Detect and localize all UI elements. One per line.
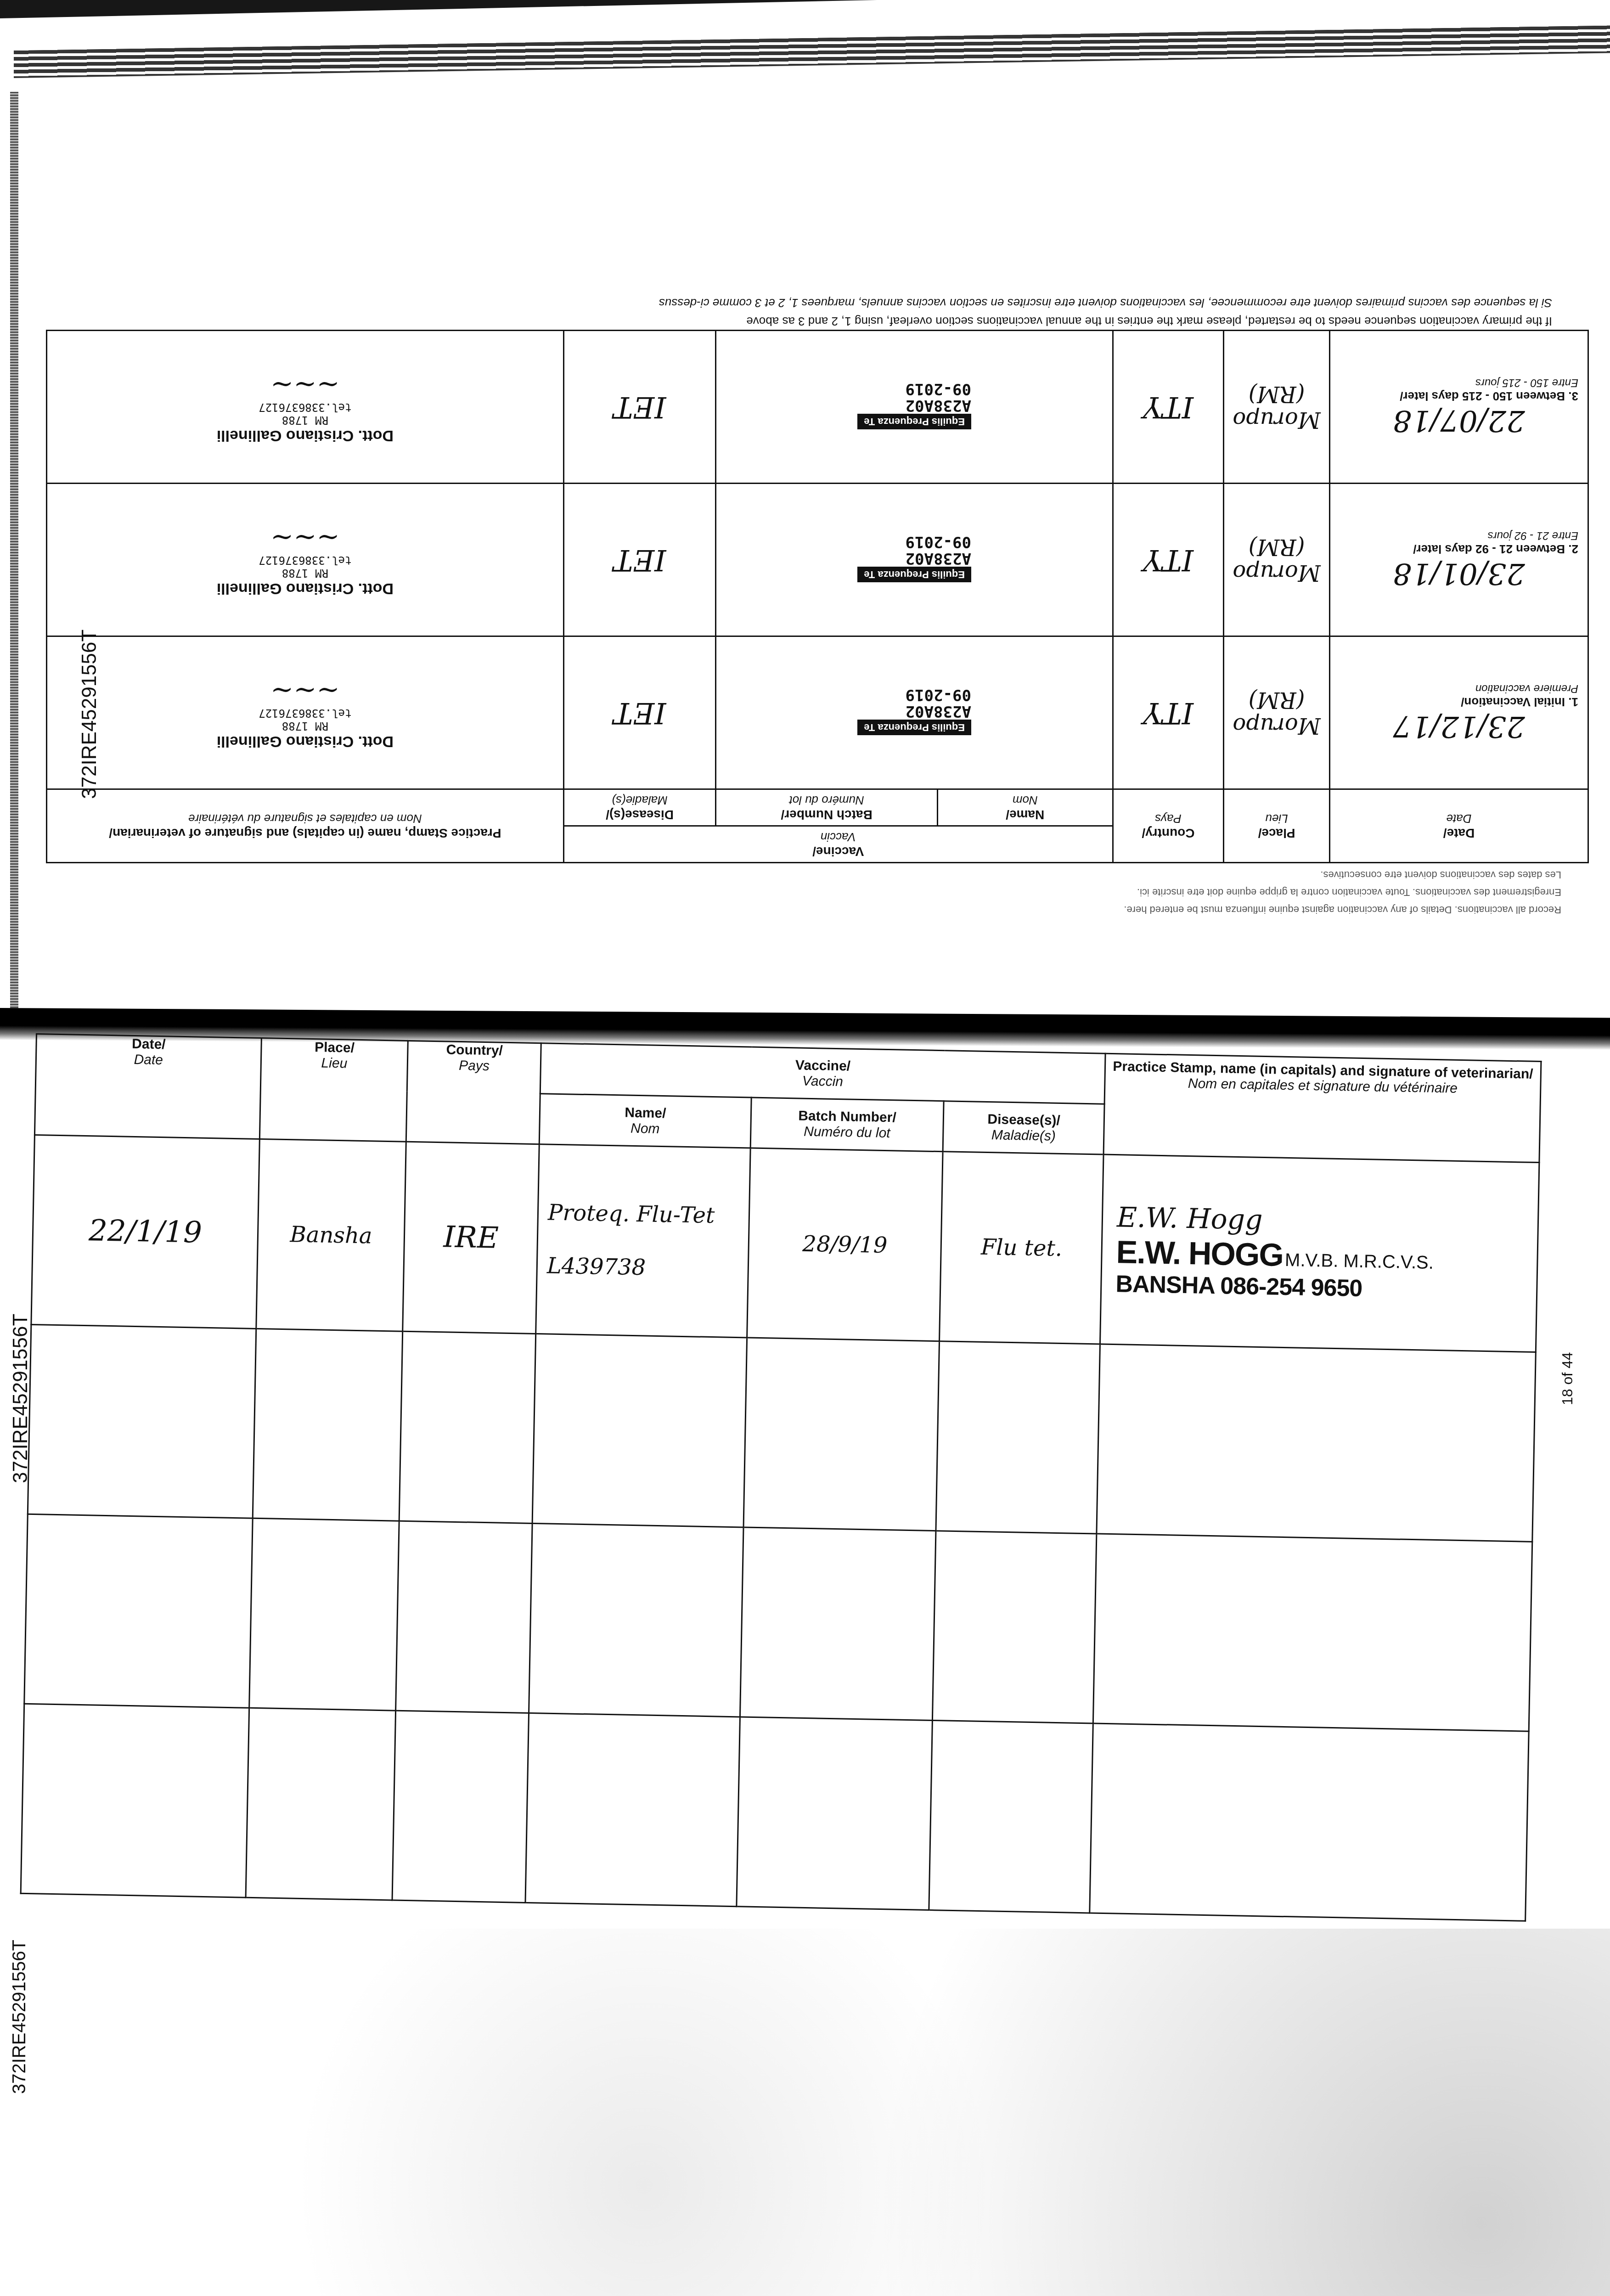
primary-vaccination-table: Date/Date Place/Lieu Country/Pays Vaccin… (46, 330, 1589, 863)
table-row-second-vaccination: 23/01/18 2. Between 21 - 92 days later/ … (47, 484, 1588, 636)
faint-note: Enregistrement des vaccinations. Toute v… (92, 884, 1561, 901)
cell-place[interactable] (253, 1328, 403, 1521)
cell-vaccine-name: Proteq. Flu-Tet L439738 (536, 1144, 750, 1338)
cell-vaccine-sticker: Equilis Prequenza Te A238A02 09-2019 (716, 484, 1113, 636)
vaccine-batch-sticker: Equilis Prequenza Te A238A02 09-2019 (857, 534, 971, 586)
cell-disease[interactable] (933, 1531, 1097, 1723)
header-practice-stamp: Practice Stamp, name (in capitals) and s… (1103, 1053, 1541, 1162)
header-vaccine-name: Name/Nom (937, 789, 1113, 826)
table-row-annual-1: 22/1/19 Bansha IRE Proteq. Flu-Tet L4397… (31, 1135, 1539, 1352)
header-vaccine: Vaccine/Vaccin (563, 826, 1113, 863)
header-diseases: Disease(s)/Maladie(s) (563, 789, 716, 826)
cell-vet-stamp: Dott. Cristiano Gallinelli RM 1788 tel.3… (47, 636, 564, 789)
upper-page-rotated-content: Record all vaccinations. Details of any … (28, 138, 1589, 1001)
cell-batch-number[interactable] (743, 1338, 940, 1531)
cell-date[interactable] (28, 1324, 256, 1518)
vaccine-batch-sticker: Equilis Prequenza Te A238A02 09-2019 (857, 381, 971, 433)
cell-place: Bansha (256, 1139, 406, 1331)
scan-noise (0, 1929, 1610, 2296)
cell-vaccine-sticker: Equilis Prequenza Te A238A02 09-2019 (716, 331, 1113, 484)
upper-page-faint-notes: Record all vaccinations. Details of any … (92, 866, 1561, 918)
header-diseases: Disease(s)/Maladie(s) (943, 1101, 1104, 1154)
header-country: Country/Pays (1113, 789, 1223, 863)
cell-place: Morupo (RM) (1224, 636, 1330, 789)
header-date: Date/Date (1330, 789, 1588, 863)
cell-vaccine-name[interactable] (532, 1334, 747, 1527)
cell-vaccine-name[interactable] (529, 1523, 743, 1716)
vet-signature-scribble: ~~~ (47, 675, 563, 707)
cell-vet-stamp: E.W. Hogg E.W. HOGG M.V.B. M.R.C.V.S. BA… (1100, 1154, 1539, 1352)
cell-disease: IET (563, 331, 716, 484)
passport-id-lower: 372IRE45291556T (9, 1314, 32, 1483)
instruction-line-fr: Si la sequence des vaccins primaires doi… (175, 294, 1552, 312)
cell-date[interactable] (24, 1514, 253, 1708)
cell-country: IRE (403, 1142, 539, 1334)
header-place: Place/Lieu (1224, 789, 1330, 863)
cell-vaccine-name[interactable] (525, 1713, 740, 1906)
header-place: Place/Lieu (259, 1038, 408, 1142)
faint-note: Record all vaccinations. Details of any … (92, 901, 1561, 918)
cell-country: ITY (1113, 331, 1223, 484)
vet-practice-stamp: E.W. Hogg E.W. HOGG M.V.B. M.R.C.V.S. BA… (1102, 1201, 1538, 1306)
cell-vet-stamp[interactable] (1093, 1534, 1532, 1731)
cell-vet-stamp[interactable] (1090, 1723, 1529, 1921)
cell-country: ITY (1113, 484, 1223, 636)
cell-vet-stamp[interactable] (1097, 1344, 1536, 1542)
cell-country: ITY (1113, 636, 1223, 789)
cell-vet-stamp: Dott. Cristiano Gallinelli RM 1788 tel.3… (47, 484, 564, 636)
table-row-initial-vaccination: 23/12/17 1. Initial Vaccination/ Premier… (47, 636, 1588, 789)
annual-vaccination-table: Date/Date Place/Lieu Country/Pays Vaccin… (20, 1033, 1542, 1922)
cell-disease[interactable] (936, 1341, 1100, 1534)
cell-country[interactable] (392, 1711, 529, 1902)
cell-country[interactable] (400, 1331, 536, 1523)
table-row-annual-3 (24, 1514, 1532, 1731)
header-practice-stamp: Practice Stamp, name (in capitals) and s… (47, 789, 564, 863)
restart-instructions: If the primary vaccination sequence need… (175, 294, 1552, 331)
instruction-line-en: If the primary vaccination sequence need… (175, 312, 1552, 331)
scan-shadow-page-edge (14, 25, 1610, 78)
table-row-annual-4 (21, 1704, 1529, 1921)
header-country: Country/Pays (406, 1041, 541, 1144)
cell-place[interactable] (249, 1518, 399, 1711)
vet-signature-scribble: ~~~ (47, 369, 563, 401)
cell-disease: IET (563, 484, 716, 636)
cell-disease: IET (563, 636, 716, 789)
passport-id-upper: 372IRE45291556T (78, 630, 101, 799)
scan-shadow-top (0, 0, 1610, 18)
cell-date: 23/01/18 2. Between 21 - 92 days later/ … (1330, 484, 1588, 636)
cell-vaccine-sticker: Equilis Prequenza Te A238A02 09-2019 (716, 636, 1113, 789)
cell-place: Morupo (RM) (1224, 331, 1330, 484)
faint-note: Les dates des vaccinations doivent etre … (92, 866, 1561, 884)
page-binding-edge (10, 92, 18, 1010)
cell-batch-number[interactable] (737, 1717, 933, 1910)
vet-signature-scribble: ~~~ (47, 522, 563, 554)
cell-country[interactable] (396, 1521, 532, 1713)
vaccine-batch-sticker: Equilis Prequenza Te A238A02 09-2019 (857, 687, 971, 739)
header-batch-number: Batch Number/Numéro du lot (716, 789, 937, 826)
cell-place: Morupo (RM) (1224, 484, 1330, 636)
cell-date: 23/12/17 1. Initial Vaccination/ Premier… (1330, 636, 1588, 789)
cell-disease[interactable] (929, 1721, 1093, 1913)
header-vaccine-name: Name/Nom (539, 1094, 751, 1148)
table-row-annual-2 (28, 1324, 1536, 1542)
cell-batch-number[interactable] (740, 1527, 936, 1721)
cell-batch-number: 28/9/19 (747, 1148, 943, 1341)
cell-vet-stamp: Dott. Cristiano Gallinelli RM 1788 tel.3… (47, 331, 564, 484)
upper-page-primary-vaccinations: Record all vaccinations. Details of any … (28, 138, 1589, 1001)
header-date: Date/Date (34, 1034, 261, 1139)
header-batch-number: Batch Number/Numéro du lot (750, 1097, 944, 1152)
cell-place[interactable] (246, 1708, 396, 1900)
table-row-third-vaccination: 22/07/18 3. Between 150 - 215 days later… (47, 331, 1588, 484)
cell-date: 22/07/18 3. Between 150 - 215 days later… (1330, 331, 1588, 484)
cell-disease: Flu tet. (940, 1152, 1103, 1344)
cell-date: 22/1/19 (31, 1135, 259, 1328)
page-indicator: 18 of 44 (1559, 1352, 1576, 1405)
cell-date[interactable] (21, 1704, 249, 1897)
